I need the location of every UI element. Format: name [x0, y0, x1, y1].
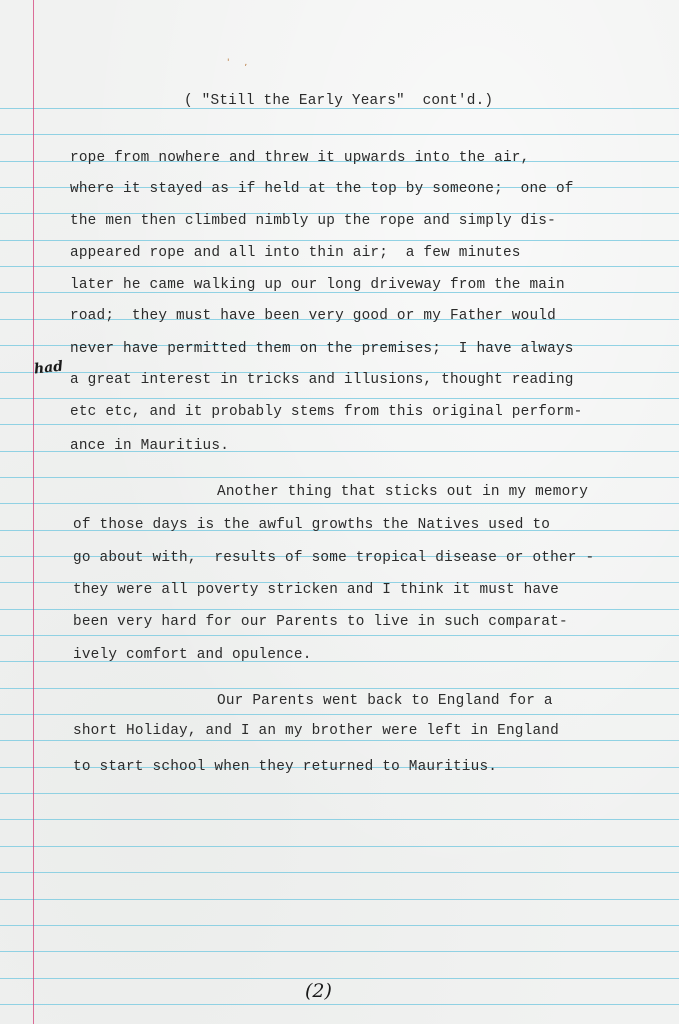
rule-line — [0, 398, 679, 399]
ruled-paper-page: ' , ( "Still the Early Years" cont'd.) r… — [0, 0, 679, 1024]
typed-line: go about with, results of some tropical … — [73, 551, 594, 565]
typed-line: etc etc, and it probably stems from this… — [70, 405, 582, 419]
ink-specks: ' , — [227, 58, 253, 68]
typed-line: appeared rope and all into thin air; a f… — [70, 246, 521, 260]
page-heading: ( "Still the Early Years" cont'd.) — [184, 94, 493, 108]
rule-line — [0, 424, 679, 425]
rule-line — [0, 609, 679, 610]
rule-line — [0, 793, 679, 794]
rule-line — [0, 819, 679, 820]
rule-line — [0, 240, 679, 241]
rule-line — [0, 872, 679, 873]
typed-line: been very hard for our Parents to live i… — [73, 615, 568, 629]
rule-line — [0, 846, 679, 847]
margin-line — [33, 0, 34, 1024]
handwritten-insertion: had — [33, 359, 64, 378]
typed-line: road; they must have been very good or m… — [70, 309, 556, 323]
typed-line: ance in Mauritius. — [70, 439, 229, 453]
rule-line — [0, 635, 679, 636]
typed-line: where it stayed as if held at the top by… — [70, 182, 574, 196]
rule-line — [0, 925, 679, 926]
typed-line: short Holiday, and I an my brother were … — [73, 724, 559, 738]
rule-line — [0, 978, 679, 979]
rule-line — [0, 477, 679, 478]
typed-line: of those days is the awful growths the N… — [73, 518, 550, 532]
rule-line — [0, 951, 679, 952]
typed-line: Another thing that sticks out in my memo… — [217, 485, 588, 499]
typed-line: rope from nowhere and threw it upwards i… — [70, 151, 529, 165]
page-number: (2) — [305, 980, 332, 1002]
typed-line: a great interest in tricks and illusions… — [70, 373, 574, 387]
rule-line — [0, 503, 679, 504]
rule-line — [0, 1004, 679, 1005]
typed-line: to start school when they returned to Ma… — [73, 760, 497, 774]
rule-line — [0, 688, 679, 689]
typed-line: never have permitted them on the premise… — [70, 342, 574, 356]
rule-line — [0, 899, 679, 900]
rule-line — [0, 266, 679, 267]
typed-line: they were all poverty stricken and I thi… — [73, 583, 559, 597]
typed-line: later he came walking up our long drivew… — [70, 278, 565, 292]
typed-line: ively comfort and opulence. — [73, 648, 312, 662]
rule-line — [0, 134, 679, 135]
rule-line — [0, 740, 679, 741]
typed-line: the men then climbed nimbly up the rope … — [70, 214, 556, 228]
typed-line: Our Parents went back to England for a — [217, 694, 553, 708]
rule-line — [0, 714, 679, 715]
